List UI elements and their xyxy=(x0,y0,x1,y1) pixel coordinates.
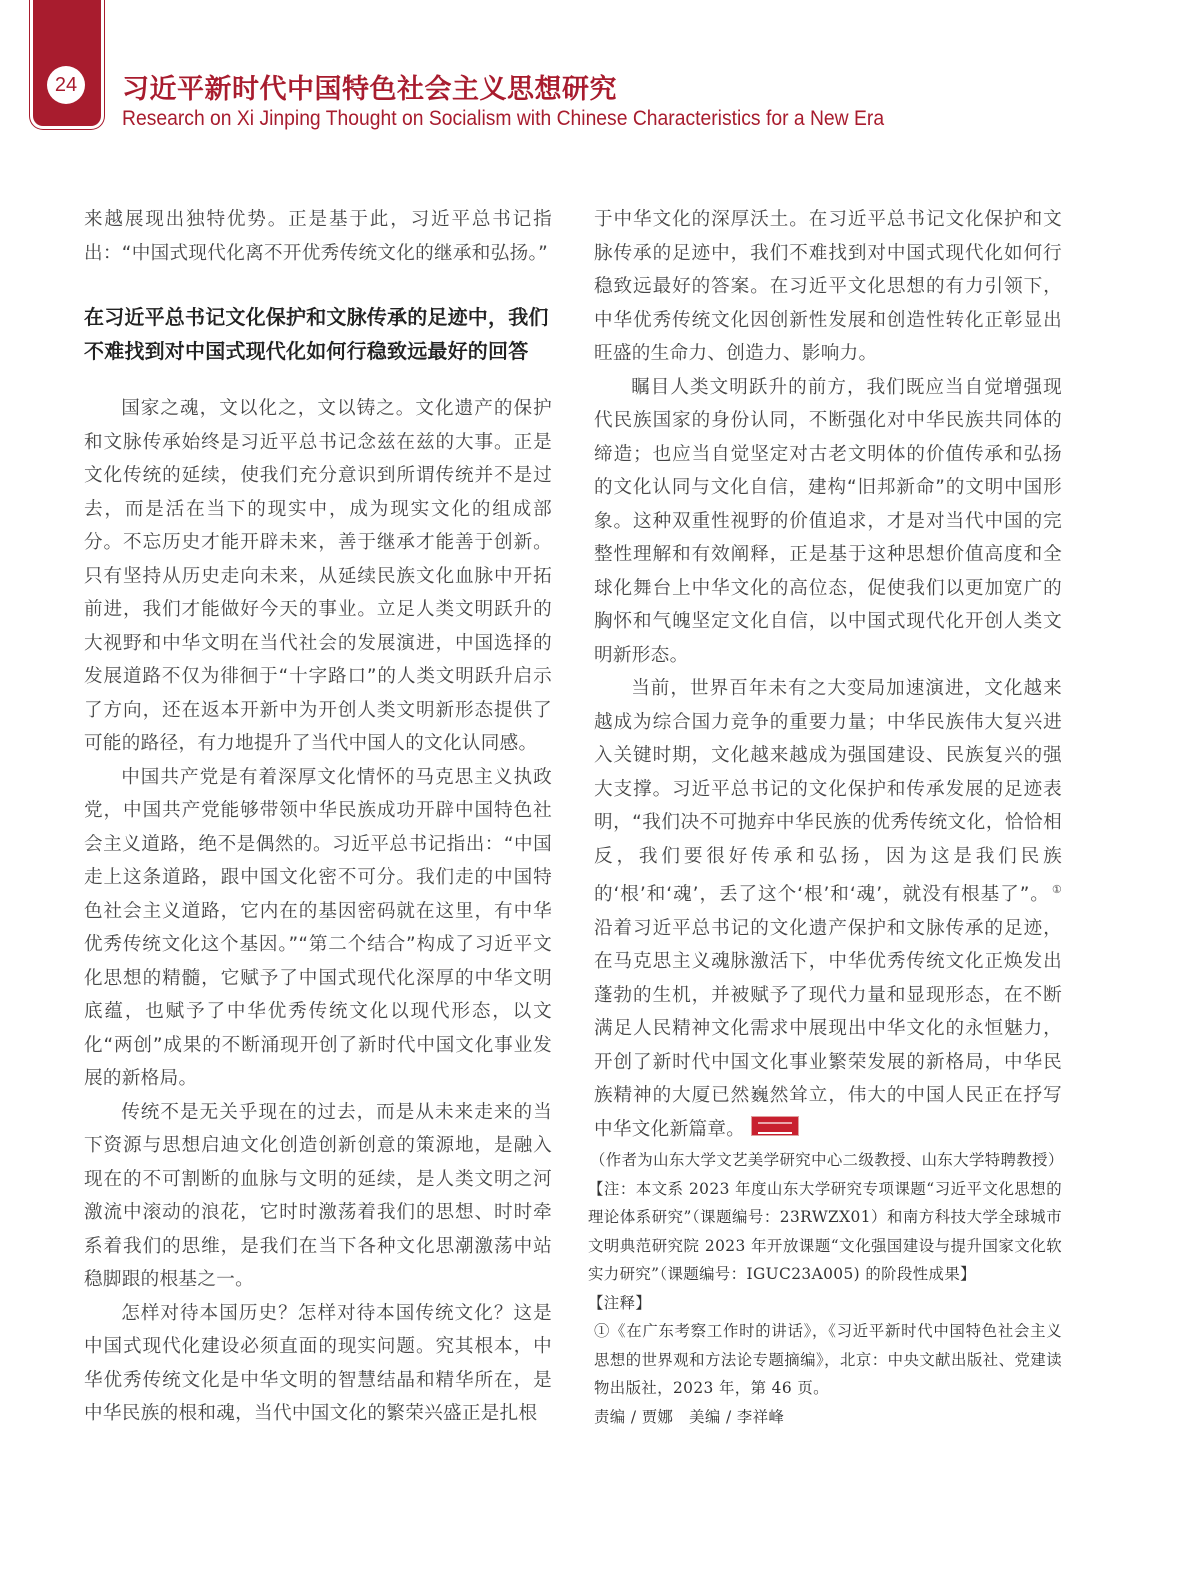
annotations-heading: 【注释】 xyxy=(588,1289,1062,1318)
left-column: 来越展现出独特优势。正是基于此，习近平总书记指出：“中国式现代化离不开优秀传统文… xyxy=(84,203,552,1431)
footnote-marker[interactable]: ① xyxy=(1052,883,1062,896)
body-paragraph: 传统不是无关乎现在的过去，而是从未来走来的当下资源与思想启迪文化创造创新创意的策… xyxy=(84,1096,552,1297)
body-paragraph-text: 当前，世界百年未有之大变局加速演进，文化越来越成为综合国力竞争的重要力量；中华民… xyxy=(594,678,1062,905)
annotation-item: ①《在广东考察工作时的讲话》，《习近平新时代中国特色社会主义思想的世界观和方法论… xyxy=(594,1317,1062,1403)
body-paragraph: 当前，世界百年未有之大变局加速演进，文化越来越成为综合国力竞争的重要力量；中华民… xyxy=(594,672,1062,1146)
funding-note: 【注：本文系 2023 年度山东大学研究专项课题“习近平文化思想的理论体系研究”… xyxy=(588,1175,1062,1289)
body-paragraph: 国家之魂，文以化之，文以铸之。文化遗产的保护和文脉传承始终是习近平总书记念兹在兹… xyxy=(84,392,552,761)
intro-paragraph: 来越展现出独特优势。正是基于此，习近平总书记指出：“中国式现代化离不开优秀传统文… xyxy=(84,203,552,270)
author-note: （作者为山东大学文艺美学研究中心二级教授、山东大学特聘教授） xyxy=(590,1146,1062,1175)
page-number: 24 xyxy=(47,66,85,104)
page-tab xyxy=(33,0,101,126)
section-subheading: 在习近平总书记文化保护和文脉传承的足迹中，我们不难找到对中国式现代化如何行稳致远… xyxy=(84,300,552,368)
body-paragraph-continuation: 沿着习近平总书记的文化遗产保护和文脉传承的足迹，在马克思主义魂脉激活下，中华优秀… xyxy=(594,918,1062,1140)
body-paragraph: 瞩目人类文明跃升的前方，我们既应当自觉增强现代民族国家的身份认同，不断强化对中华… xyxy=(594,371,1062,673)
body-paragraph: 中国共产党是有着深厚文化情怀的马克思主义执政党，中国共产党能够带领中华民族成功开… xyxy=(84,761,552,1096)
header-title-cn: 习近平新时代中国特色社会主义思想研究 xyxy=(122,67,617,106)
header-title-en: Research on Xi Jinping Thought on Social… xyxy=(122,107,884,131)
publication-end-logo-icon xyxy=(751,1116,799,1136)
body-paragraph: 怎样对待本国历史？怎样对待本国传统文化？这是中国式现代化建设必须直面的现实问题。… xyxy=(84,1297,552,1431)
right-column: 于中华文化的深厚沃土。在习近平总书记文化保护和文脉传承的足迹中，我们不难找到对中… xyxy=(594,203,1062,1431)
body-paragraph: 于中华文化的深厚沃土。在习近平总书记文化保护和文脉传承的足迹中，我们不难找到对中… xyxy=(594,203,1062,371)
editors-credit: 责编 / 贾娜 美编 / 李祥峰 xyxy=(594,1403,1062,1432)
